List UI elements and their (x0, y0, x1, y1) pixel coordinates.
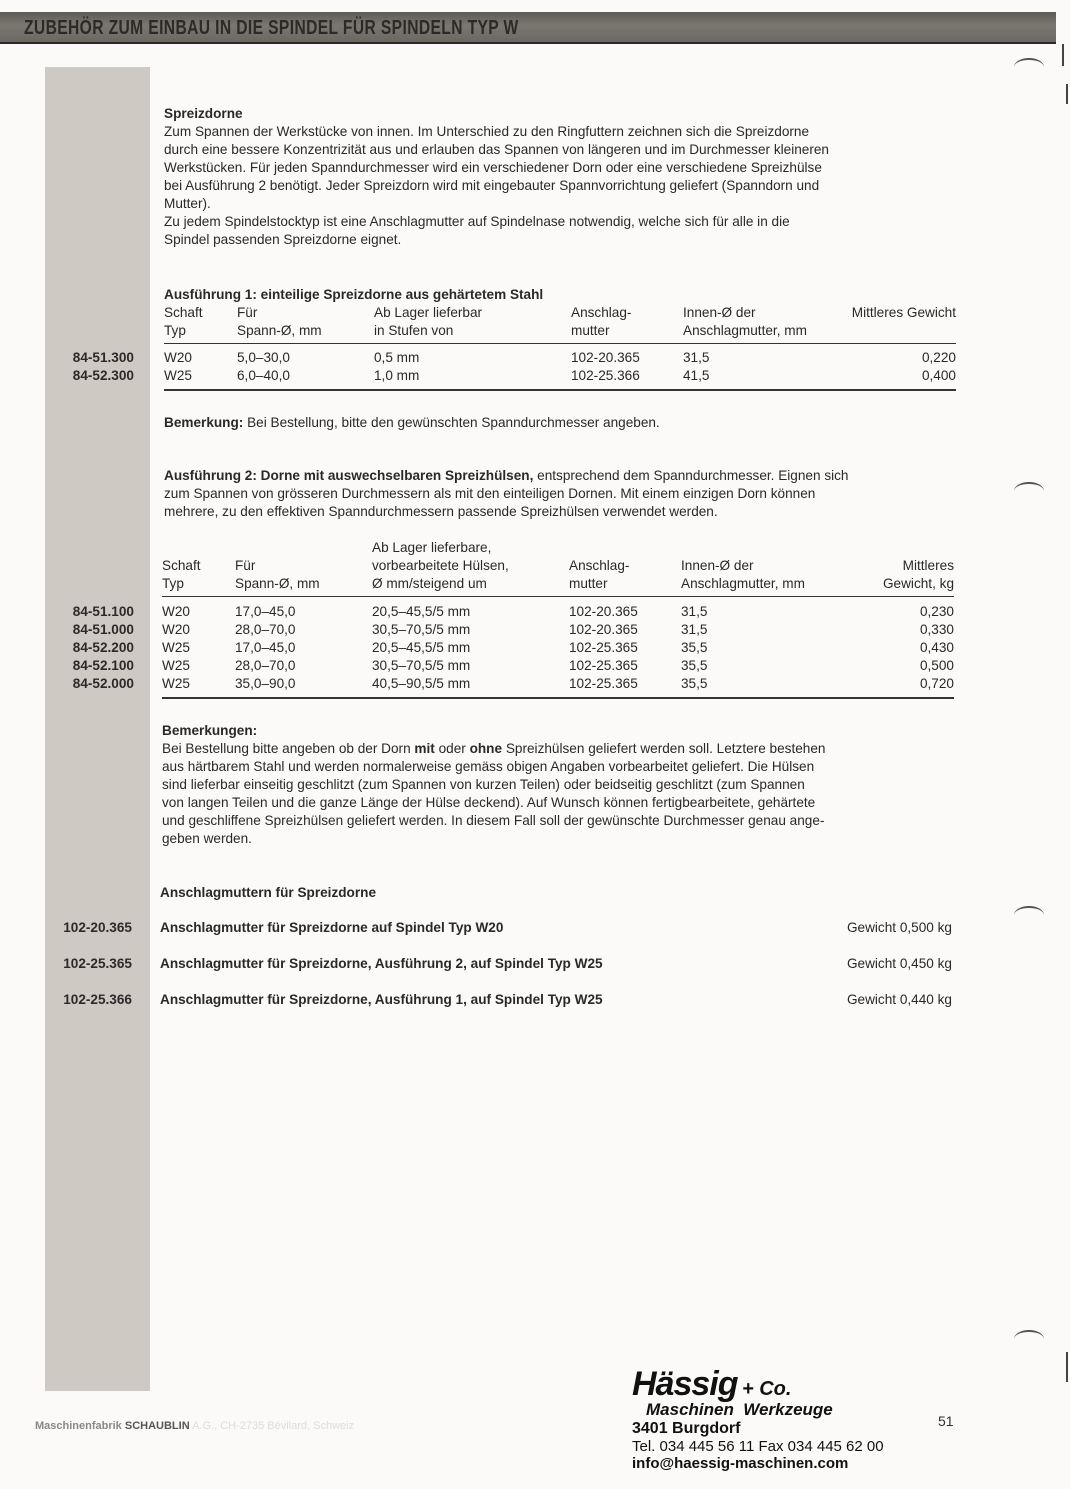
page-number: 51 (938, 1413, 954, 1429)
paragraph-line: Bei Bestellung bitte angeben ob der Dorn… (162, 740, 826, 758)
article-number: 84-52.100 (48, 658, 134, 673)
table-cell: 102-20.365 (569, 604, 638, 619)
column-header: Anschlag- (569, 558, 629, 573)
table-cell: 0,720 (920, 676, 954, 691)
table-cell: 102-25.366 (571, 368, 640, 383)
table-cell: 0,400 (922, 368, 956, 383)
item-description: Anschlagmutter für Spreizdorne, Ausführu… (160, 992, 603, 1007)
column-header: Anschlagmutter, mm (683, 323, 807, 338)
table-cell: 0,230 (920, 604, 954, 619)
column-header: Ab Lager lieferbar (374, 305, 482, 320)
nuts-heading: Anschlagmuttern für Spreizdorne (160, 884, 376, 902)
section-heading: Spreizdorne (164, 105, 243, 123)
table-rule (164, 343, 956, 344)
column-header: mutter (569, 576, 608, 591)
column-header: Für (237, 305, 257, 320)
dealer-name: Hässig (632, 1365, 738, 1403)
table-cell: W25 (162, 676, 190, 691)
dealer-email: info@haessig-maschinen.com (632, 1455, 884, 1472)
table2-intro: Ausführung 2: Dorne mit auswechselbaren … (164, 467, 849, 485)
table-cell: 102-25.365 (569, 676, 638, 691)
table-cell: 17,0–45,0 (235, 604, 295, 619)
column-header: mutter (571, 323, 610, 338)
table-cell: W20 (162, 622, 190, 637)
table-cell: W25 (162, 658, 190, 673)
column-header: Schaft (164, 305, 203, 320)
column-header: Gewicht, kg (883, 576, 954, 591)
table-cell: 35,0–90,0 (235, 676, 295, 691)
table1-note: Bemerkung: Bei Bestellung, bitte den gew… (164, 414, 660, 432)
paragraph-line: durch eine bessere Konzentrizität aus un… (164, 141, 829, 159)
dealer-suffix: + Co. (742, 1378, 791, 1400)
edge-mark (1062, 44, 1064, 66)
column-header: Mittleres (903, 558, 954, 573)
column-header: Schaft (162, 558, 201, 573)
column-header: Innen-Ø der (681, 558, 754, 573)
table-cell: 35,5 (681, 676, 707, 691)
dealer-city: 3401 Burgdorf (632, 1420, 884, 1438)
table-cell: 30,5–70,5/5 mm (372, 658, 470, 673)
manufacturer-imprint: Maschinenfabrik SCHAUBLIN A.G., CH-2735 … (35, 1420, 354, 1432)
item-weight: Gewicht 0,500 kg (847, 920, 952, 935)
edge-mark (1066, 84, 1068, 104)
note-text: Bei Bestellung, bitte den gewünschten Sp… (243, 415, 659, 430)
article-number: 102-20.365 (44, 920, 132, 935)
table-cell: W25 (164, 368, 192, 383)
sku-sidebar (45, 67, 150, 1391)
note-label: Bemerkung: (164, 415, 243, 430)
table-cell: 1,0 mm (374, 368, 419, 383)
table-cell: 20,5–45,5/5 mm (372, 604, 470, 619)
paragraph-line: und geschliffene Spreizhülsen geliefert … (162, 812, 824, 830)
table1-title: Ausführung 1: einteilige Spreizdorne aus… (164, 286, 543, 304)
article-number: 84-52.200 (48, 640, 134, 655)
paragraph-line: sind lieferbar einseitig geschlitzt (zum… (162, 776, 805, 794)
column-header: Anschlag- (571, 305, 631, 320)
table-cell: 35,5 (681, 640, 707, 655)
paragraph-line: geben werden. (162, 830, 252, 848)
table-rule (162, 697, 954, 699)
page-title: ZUBEHÖR ZUM EINBAU IN DIE SPINDEL FÜR SP… (24, 17, 519, 40)
paragraph-line: Werkstücken. Für jeden Spanndurchmesser … (164, 159, 822, 177)
table-cell: 17,0–45,0 (235, 640, 295, 655)
paragraph-line: Mutter). (164, 195, 211, 213)
column-header: Typ (164, 323, 186, 338)
column-header: Innen-Ø der (683, 305, 756, 320)
column-header: Ø mm/steigend um (372, 576, 487, 591)
paragraph-line: bei Ausführung 2 benötigt. Jeder Spreizd… (164, 177, 819, 195)
table-cell: 102-20.365 (569, 622, 638, 637)
table-cell: W20 (164, 350, 192, 365)
table-cell: 0,330 (920, 622, 954, 637)
paragraph-line: entsprechend dem Spanndurchmesser. Eigne… (533, 468, 848, 483)
dealer-phone: Tel. 034 445 56 11 Fax 034 445 62 00 (632, 1438, 884, 1455)
article-number: 84-52.300 (48, 368, 134, 383)
column-header: Spann-Ø, mm (235, 576, 320, 591)
table-cell: 0,220 (922, 350, 956, 365)
table-cell: 31,5 (683, 350, 709, 365)
column-header: in Stufen von (374, 323, 453, 338)
text-span: Bei Bestellung bitte angeben ob der Dorn (162, 741, 414, 756)
item-description: Anschlagmutter für Spreizdorne, Ausführu… (160, 956, 603, 971)
paragraph-line: Spindel passenden Spreizdorne eignet. (164, 231, 401, 249)
table-cell: 102-20.365 (571, 350, 640, 365)
column-header: Für (235, 558, 255, 573)
table-cell: 0,5 mm (374, 350, 419, 365)
column-header: Ab Lager lieferbare, (372, 540, 491, 555)
article-number: 102-25.365 (44, 956, 132, 971)
dealer-stamp: Hässig + Co. Maschinen Werkzeuge 3401 Bu… (632, 1365, 884, 1472)
item-weight: Gewicht 0,440 kg (847, 992, 952, 1007)
table-cell: 30,5–70,5/5 mm (372, 622, 470, 637)
column-header: Anschlagmutter, mm (681, 576, 805, 591)
remarks-heading: Bemerkungen: (162, 722, 257, 740)
table-cell: 31,5 (681, 622, 707, 637)
column-header: vorbearbeitete Hülsen, (372, 558, 509, 573)
binder-hole-mark (1014, 906, 1044, 924)
table-cell: 102-25.365 (569, 658, 638, 673)
paragraph-line: Zu jedem Spindelstocktyp ist eine Anschl… (164, 213, 790, 231)
paragraph-line: von langen Teilen und die ganze Länge de… (162, 794, 815, 812)
table-cell: 6,0–40,0 (237, 368, 290, 383)
table-cell: 40,5–90,5/5 mm (372, 676, 470, 691)
column-header: Spann-Ø, mm (237, 323, 322, 338)
table-rule (162, 596, 954, 597)
article-number: 84-52.000 (48, 676, 134, 691)
binder-hole-mark (1014, 1330, 1044, 1348)
binder-hole-mark (1014, 482, 1044, 500)
table-cell: 5,0–30,0 (237, 350, 290, 365)
text-span: A.G., CH-2735 Bévilard, Schweiz (190, 1420, 354, 1432)
table-cell: 28,0–70,0 (235, 658, 295, 673)
table-cell: W20 (162, 604, 190, 619)
table-rule (164, 389, 956, 391)
table-cell: 41,5 (683, 368, 709, 383)
table-cell: 0,430 (920, 640, 954, 655)
article-number: 84-51.300 (48, 350, 134, 365)
edge-mark (1066, 1352, 1068, 1382)
table-cell: 0,500 (920, 658, 954, 673)
text-span: Maschinenfabrik (35, 1420, 125, 1432)
text-span: ohne (470, 741, 502, 756)
dealer-tagline: Maschinen Werkzeuge (646, 1400, 884, 1420)
article-number: 84-51.100 (48, 604, 134, 619)
column-header: Mittleres Gewicht (852, 305, 956, 320)
table2-title: Ausführung 2: Dorne mit auswechselbaren … (164, 468, 533, 483)
binder-hole-mark (1014, 58, 1044, 76)
paragraph-line: zum Spannen von grösseren Durchmessern a… (164, 485, 815, 503)
text-span: mit (414, 741, 434, 756)
paragraph-line: mehrere, zu den effektiven Spanndurchmes… (164, 503, 718, 521)
article-number: 102-25.366 (44, 992, 132, 1007)
text-span: SCHAUBLIN (125, 1420, 190, 1432)
article-number: 84-51.000 (48, 622, 134, 637)
header-bar: ZUBEHÖR ZUM EINBAU IN DIE SPINDEL FÜR SP… (0, 12, 1056, 44)
paragraph-line: aus härtbarem Stahl und werden normalerw… (162, 758, 814, 776)
table-cell: 35,5 (681, 658, 707, 673)
item-description: Anschlagmutter für Spreizdorne auf Spind… (160, 920, 503, 935)
table-cell: 102-25.365 (569, 640, 638, 655)
text-span: Spreizhülsen geliefert werden soll. Letz… (502, 741, 825, 756)
table-cell: W25 (162, 640, 190, 655)
table-cell: 28,0–70,0 (235, 622, 295, 637)
table-cell: 20,5–45,5/5 mm (372, 640, 470, 655)
text-span: oder (435, 741, 470, 756)
item-weight: Gewicht 0,450 kg (847, 956, 952, 971)
paragraph-line: Zum Spannen der Werkstücke von innen. Im… (164, 123, 809, 141)
column-header: Typ (162, 576, 184, 591)
table-cell: 31,5 (681, 604, 707, 619)
